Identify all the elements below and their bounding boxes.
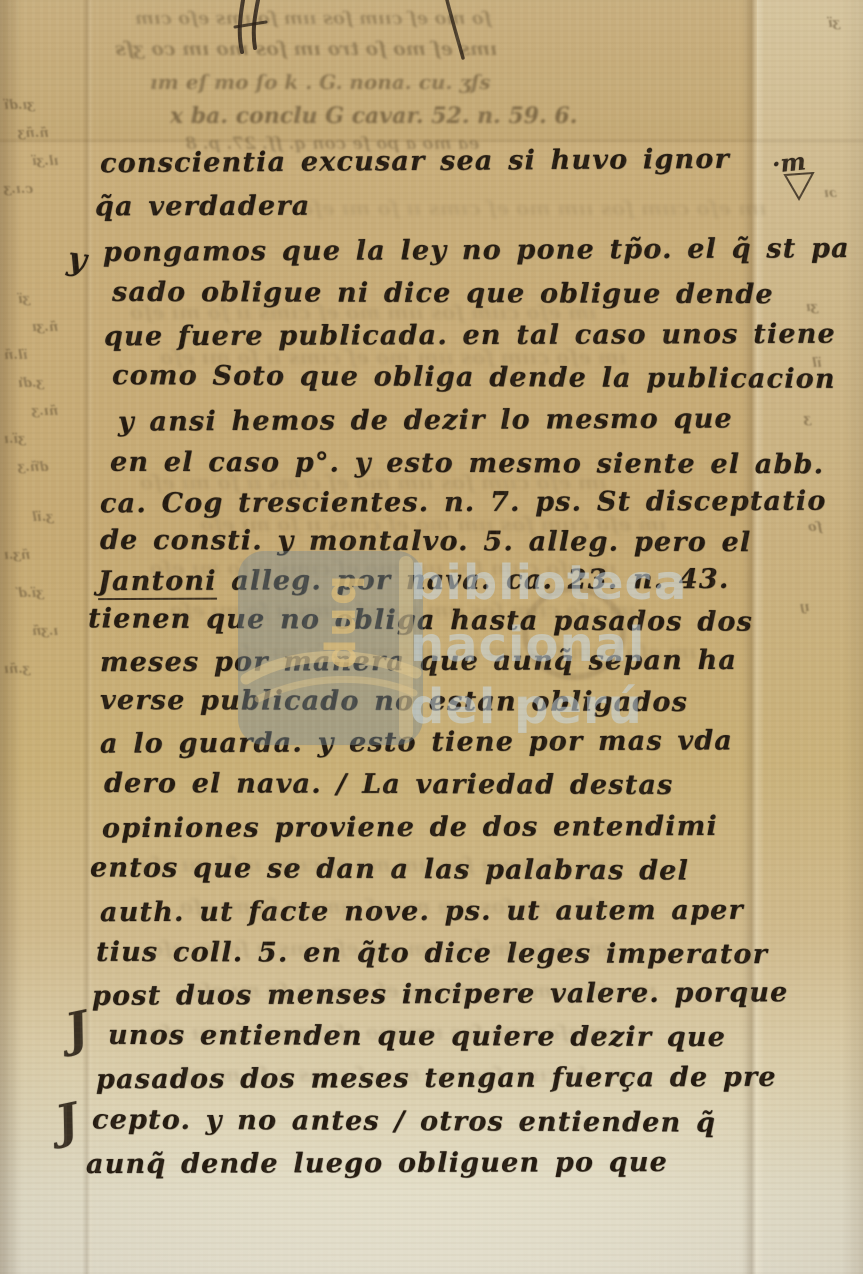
manuscript-line: entos que se dan a las palabras del [90,854,689,884]
bleedthrough-fragment: ñʒ.ı [4,548,30,563]
manuscript-line: pasados dos meses tengan fuerça de pre [96,1064,777,1093]
bleedthrough-fragment: ñ.ʒı [32,320,58,335]
bleedthrough-fragment: ďñ.ʒ [18,460,48,475]
manuscript-line: opiniones proviene de dos entendimi [102,813,718,842]
manuscript-line: auth. ut facte nove. ps. ut autem aper [100,897,744,926]
manuscript-line: que fuere publicada. en tal caso unos ti… [104,321,836,351]
bleedthrough-fragment: ıȷ [800,600,810,615]
bleedthrough-fragment: ı.ʒñ [32,624,58,639]
manuscript-line: aunq̃ dende luego obliguen po que [86,1149,668,1178]
bleedthrough-fragment: ʒı [806,300,818,315]
top-ink-stroke-marks [0,0,863,220]
bleedthrough-fragment: ʒï.ı [4,432,26,447]
bleedthrough-fragment: ʒï [18,292,30,307]
manuscript-line: ca. Cog trescientes. n. 7. ps. St discep… [100,488,827,518]
manuscript-line: Jantoni alleg. por nava. ca. 23. n. 43. [98,566,730,595]
manuscript-line: tius coll. 5. en q̃to dice leges imperat… [96,939,768,968]
bleedthrough-fragment: ſo [808,520,822,535]
manuscript-line: sado obligue ni dice que obligue dende [112,279,774,308]
manuscript-line: tienen que no obliga hasta pasados dos [88,605,753,635]
bleedthrough-fragment: ʒ.ïl [32,510,54,525]
right-margin-triangle-icon [782,172,822,206]
manuscript-line: a lo guarda. y esto tiene por mas vda [100,727,733,757]
manuscript-line: cepto. y no antes / otros entienden q̃ [92,1106,716,1136]
manuscript-line: pongamos que la ley no pone tp̃o. el q̃ … [103,235,850,266]
manuscript-line: dero el nava. / La variedad destas [104,770,674,799]
bleedthrough-fragment: ïl.ñ [4,348,28,363]
manuscript-line: como Soto que obliga dende la publicacio… [112,362,836,393]
manuscript-line: verse publicado no estan obligados [100,687,688,716]
bleedthrough-fragment: ʒ.ñı [4,662,30,677]
manuscript-line: de consti. y montalvo. 5. alleg. pero el [100,527,751,556]
bleedthrough-fragment: ʒ [804,412,811,427]
manuscript-line: conscientia excusar sea si huvo ignor [100,146,730,177]
manuscript-line: post duos menses incipere valere. porque [92,979,789,1010]
bleedthrough-fragment: ñı.ʒ [32,404,58,419]
manuscript-line: unos entienden que quiere dezir que [108,1022,726,1051]
manuscript-line: meses por manera que aunq̃ sepan ha [100,647,737,676]
manuscript-line: y ansi hemos de dezir lo mesmo que [118,405,733,435]
manuscript-line: q̃a verdadera [95,193,311,221]
line-swash-flourish: J [51,1092,84,1149]
manuscript-line: en el caso p°. y esto mesmo siente el ab… [110,449,824,478]
bleedthrough-fragment: ʒï.ď [18,586,44,601]
manuscript-photo: ım eſo cıım ſos ıım mo eſ cıms ıı ſo mı … [0,0,863,1274]
bleedthrough-fragment: ʒ.ďı [18,376,44,391]
